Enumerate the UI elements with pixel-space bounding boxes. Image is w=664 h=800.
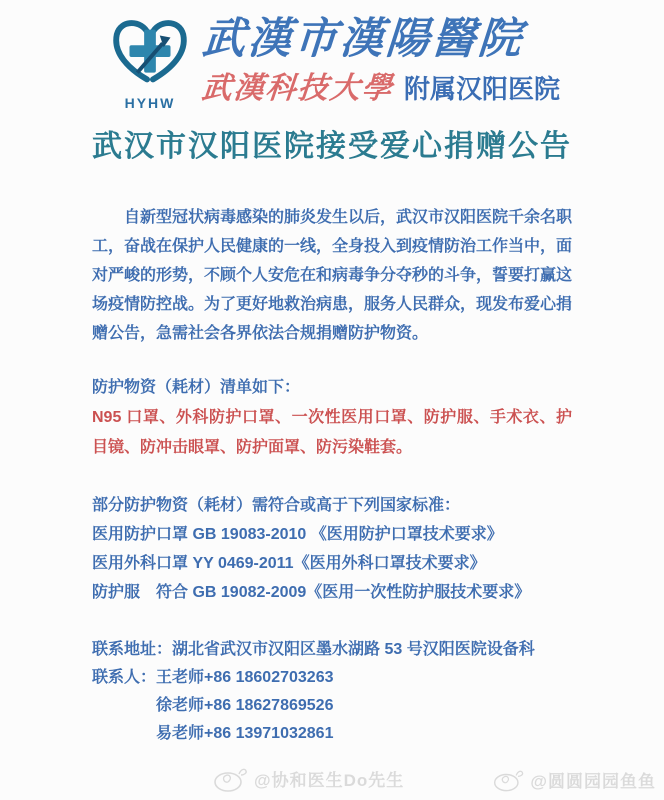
watermark-text: @协和医生Do先生 bbox=[254, 766, 404, 791]
announcement-body: 自新型冠状病毒感染的肺炎发生以后，武汉市汉阳医院千余名职工，奋战在保护人民健康的… bbox=[0, 203, 664, 748]
contact-person: 徐老师+86 18627869526 bbox=[92, 692, 572, 720]
donation-announcement-page: HYHW 武漢市漢陽醫院 武漢科技大學 附属汉阳医院 武汉市汉阳医院接受爱心捐赠… bbox=[0, 0, 664, 800]
letterhead-subline: 武漢科技大學 附属汉阳医院 bbox=[202, 63, 560, 107]
watermark-center: @协和医生Do先生 bbox=[212, 762, 404, 794]
standard-item: 防护服 符合 GB 19082-2009《医用一次性防护服技术要求》 bbox=[92, 578, 572, 607]
heart-cross-logo-icon bbox=[106, 14, 194, 98]
letterhead-text: 武漢市漢陽醫院 武漢科技大學 附属汉阳医院 bbox=[202, 14, 560, 107]
watermark-text: @圆圆园园鱼鱼 bbox=[530, 767, 656, 792]
contact-address-line: 联系地址：湖北省武汉市汉阳区墨水湖路 53 号汉阳医院设备科 bbox=[92, 636, 572, 664]
hospital-letterhead: HYHW 武漢市漢陽醫院 武漢科技大學 附属汉阳医院 bbox=[0, 0, 664, 111]
affiliation-label: 附属汉阳医院 bbox=[404, 69, 560, 106]
address-value: 湖北省武汉市汉阳区墨水湖路 53 号汉阳医院设备科 bbox=[172, 641, 535, 658]
standards-section: 部分防护物资（耗材）需符合或高于下列国家标准： 医用防护口罩 GB 19083-… bbox=[92, 491, 572, 607]
intro-paragraph: 自新型冠状病毒感染的肺炎发生以后，武汉市汉阳医院千余名职工，奋战在保护人民健康的… bbox=[92, 203, 572, 348]
person-label: 联系人： bbox=[92, 669, 156, 686]
hospital-name-calligraphy: 武漢市漢陽醫院 bbox=[200, 16, 561, 63]
contact-section: 联系地址：湖北省武汉市汉阳区墨水湖路 53 号汉阳医院设备科 联系人：王老师+8… bbox=[92, 636, 572, 748]
address-label: 联系地址： bbox=[92, 641, 172, 658]
doodle-snail-icon bbox=[212, 762, 250, 794]
supplies-heading: 防护物资（耗材）清单如下： bbox=[92, 373, 572, 403]
page-title: 武汉市汉阳医院接受爱心捐赠公告 bbox=[0, 121, 664, 165]
supplies-section: 防护物资（耗材）清单如下： N95 口罩、外科防护口罩、一次性医用口罩、防护服、… bbox=[92, 373, 572, 463]
supplies-list: N95 口罩、外科防护口罩、一次性医用口罩、防护服、手术衣、护目镜、防冲击眼罩、… bbox=[92, 403, 572, 463]
contact-person-line: 联系人：王老师+86 18602703263 bbox=[92, 664, 572, 692]
contact-person: 易老师+86 13971032861 bbox=[92, 720, 572, 748]
university-name-calligraphy: 武漢科技大學 bbox=[200, 63, 396, 107]
hospital-logo: HYHW bbox=[104, 14, 196, 111]
doodle-snail-icon bbox=[492, 764, 526, 794]
standard-item: 医用外科口罩 YY 0469-2011《医用外科口罩技术要求》 bbox=[92, 549, 572, 578]
contact-person: 王老师+86 18602703263 bbox=[156, 669, 333, 686]
standards-heading: 部分防护物资（耗材）需符合或高于下列国家标准： bbox=[92, 491, 572, 520]
watermark-right: @圆圆园园鱼鱼 bbox=[492, 764, 656, 794]
standard-item: 医用防护口罩 GB 19083-2010 《医用防护口罩技术要求》 bbox=[92, 520, 572, 549]
